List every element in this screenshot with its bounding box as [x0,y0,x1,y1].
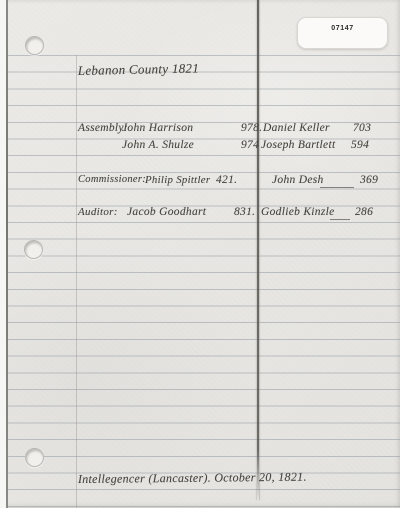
candidate-name: Daniel Keller [263,122,330,134]
vote-count: 974 [241,139,259,151]
vote-count: 286 [355,206,373,218]
catalog-sticker: 07147 [297,17,388,49]
paper-edge-line [6,0,8,508]
page-title: Lebanon County 1821 [78,60,200,79]
punch-hole [24,240,43,259]
scanned-page: 07147 Lebanon County 1821 Assembly: John… [0,0,400,508]
table-row: Commissioner: Philip Spittler 421. John … [0,174,400,191]
table-row: Assembly: John Harrison 978. Daniel Kell… [0,122,400,139]
office-label: Assembly: [78,122,128,134]
punch-hole [25,36,44,55]
candidate-name: Godlieb Kinzle [261,206,335,218]
candidate-name: Jacob Goodhart [127,206,206,218]
vote-count: 421. [216,174,237,186]
candidate-name: Philip Spittler [145,174,210,186]
fold-crease [257,0,259,500]
vote-count: 594 [351,139,369,151]
vote-count: 978. [241,122,262,134]
candidate-name: Joseph Bartlett [261,139,335,151]
pen-stroke [320,187,354,188]
candidate-name: John Harrison [122,122,193,134]
catalog-number: 07147 [331,25,353,48]
vote-count: 703 [353,122,371,134]
pen-stroke [330,219,350,220]
punch-hole [25,448,44,467]
candidate-name: John Desh [272,174,324,186]
candidate-name: John A. Shulze [122,139,194,151]
table-row: John A. Shulze 974 Joseph Bartlett 594 [0,139,400,156]
office-label: Auditor: [78,206,118,218]
table-row: Auditor: Jacob Goodhart 831. Godlieb Kin… [0,206,400,223]
vote-count: 831. [234,206,255,218]
office-label: Commissioner: [78,174,146,185]
vote-count: 369 [360,174,378,186]
citation: Intellegencer (Lancaster). October 20, 1… [78,470,307,487]
